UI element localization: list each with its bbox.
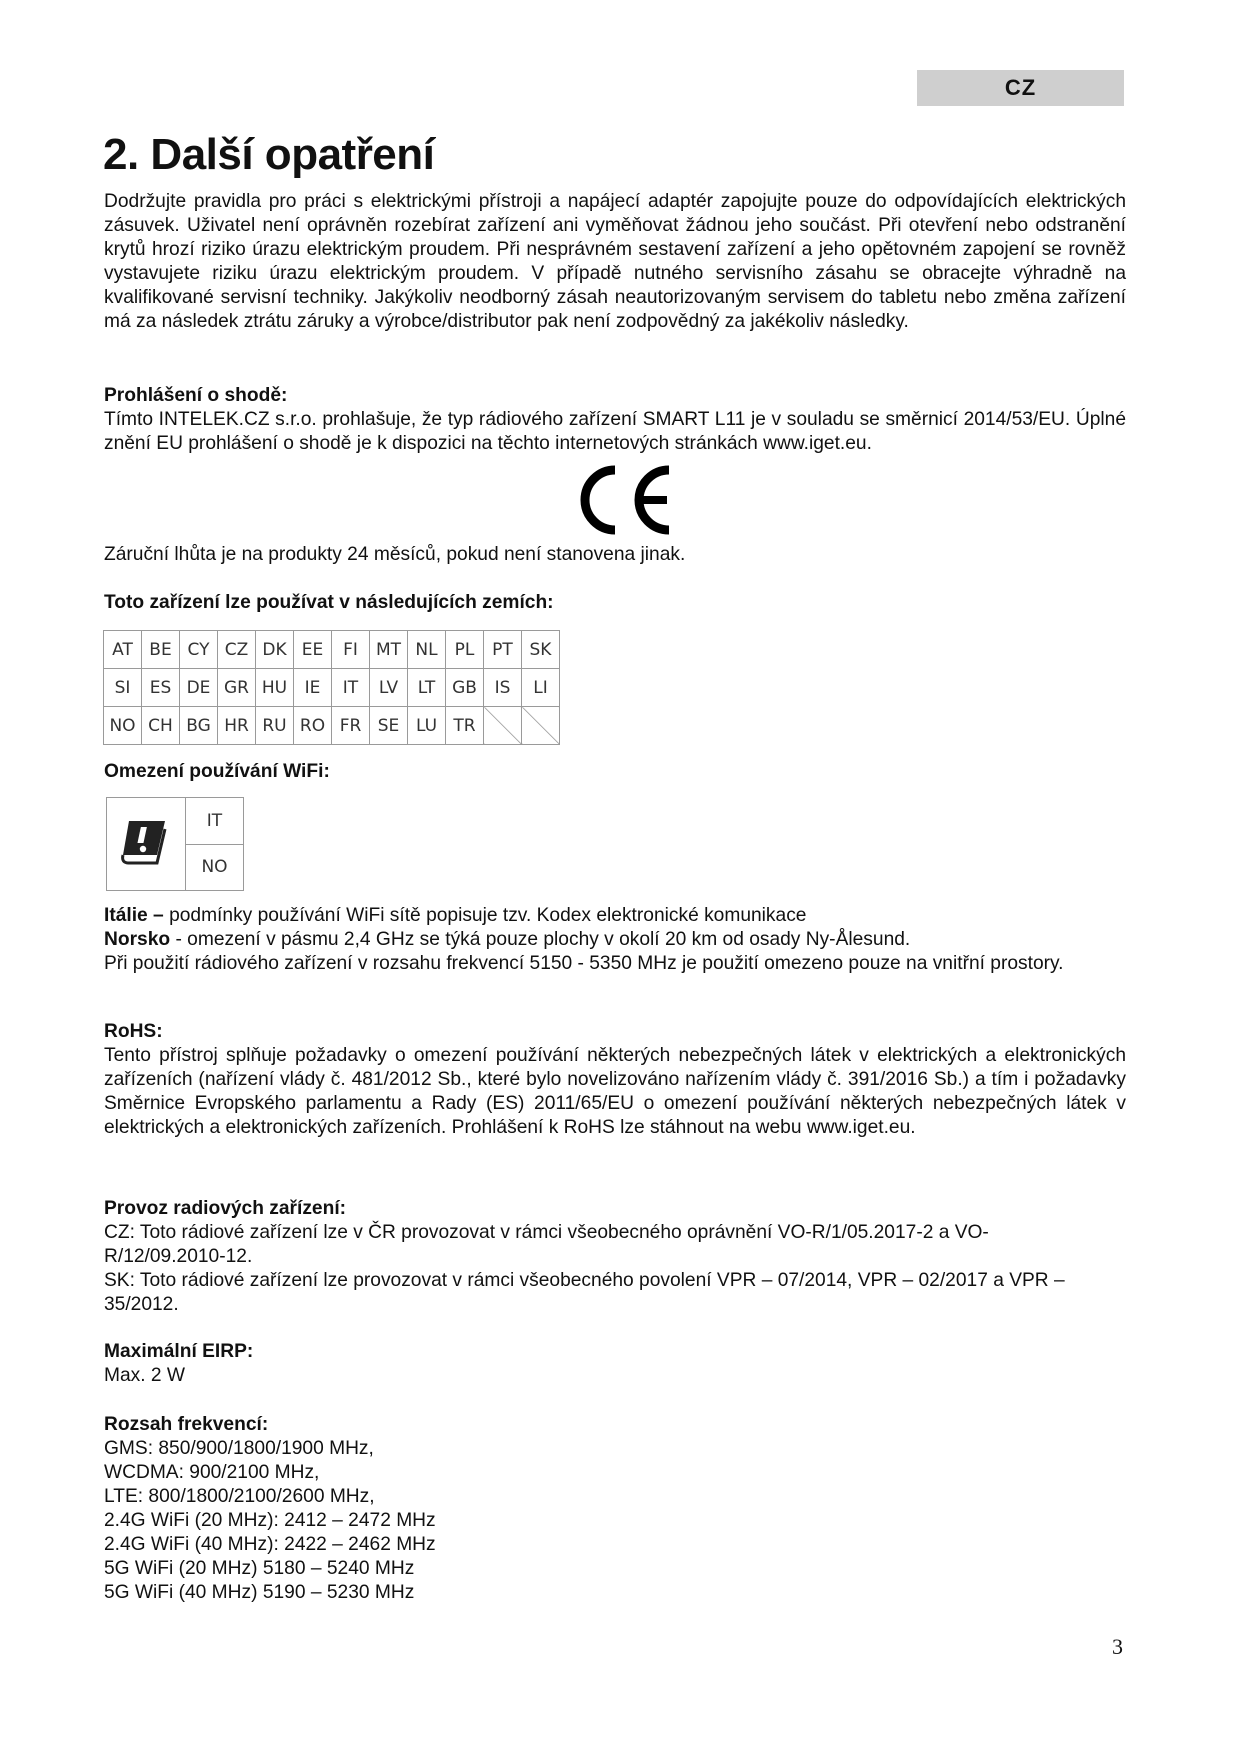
country-cell: PT bbox=[484, 631, 522, 669]
frequency-line: WCDMA: 900/2100 MHz, bbox=[104, 1461, 1126, 1485]
country-cell: RU bbox=[256, 707, 294, 745]
warranty-text: Záruční lhůta je na produkty 24 měsíců, … bbox=[104, 543, 1126, 567]
empty-cell bbox=[522, 707, 560, 745]
ce-mark-icon bbox=[573, 462, 673, 538]
eirp-heading: Maximální EIRP: bbox=[104, 1340, 1126, 1364]
declaration-heading: Prohlášení o shodě: bbox=[104, 384, 1126, 408]
wifi-restriction-table: IT NO bbox=[106, 797, 244, 891]
italy-note: Itálie – podmínky používání WiFi sítě po… bbox=[104, 904, 1126, 928]
countries-heading: Toto zařízení lze používat v následující… bbox=[104, 591, 1126, 615]
country-cell: GB bbox=[446, 669, 484, 707]
page-title: 2. Další opatření bbox=[103, 130, 434, 180]
countries-row: SIESDEGRHUIEITLVLTGBISLI bbox=[104, 669, 560, 707]
countries-row: ATBECYCZDKEEFIMTNLPLPTSK bbox=[104, 631, 560, 669]
rohs-text: Tento přístroj splňuje požadavky o omeze… bbox=[104, 1045, 1126, 1138]
country-cell: FI bbox=[332, 631, 370, 669]
country-cell: GR bbox=[218, 669, 256, 707]
rohs-heading: RoHS: bbox=[104, 1020, 1126, 1044]
restriction-warning-icon bbox=[107, 798, 186, 891]
country-cell: BE bbox=[142, 631, 180, 669]
country-cell: SE bbox=[370, 707, 408, 745]
country-cell: MT bbox=[370, 631, 408, 669]
frequency-line: 2.4G WiFi (20 MHz): 2412 – 2472 MHz bbox=[104, 1509, 1126, 1533]
frequency-line: 5G WiFi (40 MHz) 5190 – 5230 MHz bbox=[104, 1581, 1126, 1605]
country-cell: CY bbox=[180, 631, 218, 669]
norway-note: Norsko - omezení v pásmu 2,4 GHz se týká… bbox=[104, 928, 1126, 952]
wifi-restriction-notes: Itálie – podmínky používání WiFi sítě po… bbox=[104, 904, 1126, 976]
country-cell: TR bbox=[446, 707, 484, 745]
country-cell: PL bbox=[446, 631, 484, 669]
country-cell: HU bbox=[256, 669, 294, 707]
frequency-line: 2.4G WiFi (40 MHz): 2422 – 2462 MHz bbox=[104, 1533, 1126, 1557]
country-cell: RO bbox=[294, 707, 332, 745]
frequencies-list: GMS: 850/900/1800/1900 MHz,WCDMA: 900/21… bbox=[104, 1437, 1126, 1605]
country-cell: FR bbox=[332, 707, 370, 745]
page-number: 3 bbox=[1112, 1634, 1123, 1660]
country-cell: SK bbox=[522, 631, 560, 669]
country-cell: LI bbox=[522, 669, 560, 707]
country-cell: IE bbox=[294, 669, 332, 707]
country-cell: LT bbox=[408, 669, 446, 707]
radio-operation-heading: Provoz radiových zařízení: bbox=[104, 1197, 1094, 1221]
country-cell: DE bbox=[180, 669, 218, 707]
intro-paragraph: Dodržujte pravidla pro práci s elektrick… bbox=[104, 190, 1126, 334]
frequency-line: GMS: 850/900/1800/1900 MHz, bbox=[104, 1437, 1126, 1461]
country-cell: LV bbox=[370, 669, 408, 707]
country-cell: SI bbox=[104, 669, 142, 707]
restriction-code-no: NO bbox=[186, 844, 244, 891]
countries-table: ATBECYCZDKEEFIMTNLPLPTSKSIESDEGRHUIEITLV… bbox=[103, 630, 560, 745]
declaration-text: Tímto INTELEK.CZ s.r.o. prohlašuje, že t… bbox=[104, 409, 1126, 454]
empty-cell bbox=[484, 707, 522, 745]
frequency-line: LTE: 800/1800/2100/2600 MHz, bbox=[104, 1485, 1126, 1509]
language-badge: CZ bbox=[917, 70, 1124, 106]
frequencies-heading: Rozsah frekvencí: bbox=[104, 1413, 1126, 1437]
radio-operation-cz: CZ: Toto rádiové zařízení lze v ČR provo… bbox=[104, 1221, 1094, 1269]
frequency-line: 5G WiFi (20 MHz) 5180 – 5240 MHz bbox=[104, 1557, 1126, 1581]
country-cell: BG bbox=[180, 707, 218, 745]
country-cell: IS bbox=[484, 669, 522, 707]
country-cell: NO bbox=[104, 707, 142, 745]
country-cell: ES bbox=[142, 669, 180, 707]
indoor-note: Při použití rádiového zařízení v rozsahu… bbox=[104, 952, 1126, 976]
declaration-section: Prohlášení o shodě: Tímto INTELEK.CZ s.r… bbox=[104, 384, 1126, 456]
eirp-section: Maximální EIRP: Max. 2 W bbox=[104, 1340, 1126, 1388]
country-cell: HR bbox=[218, 707, 256, 745]
country-cell: AT bbox=[104, 631, 142, 669]
radio-operation-section: Provoz radiových zařízení: CZ: Toto rádi… bbox=[104, 1197, 1094, 1317]
country-cell: CZ bbox=[218, 631, 256, 669]
frequencies-section: Rozsah frekvencí: GMS: 850/900/1800/1900… bbox=[104, 1413, 1126, 1605]
countries-row: NOCHBGHRRUROFRSELUTR bbox=[104, 707, 560, 745]
eirp-value: Max. 2 W bbox=[104, 1364, 1126, 1388]
rohs-section: RoHS: Tento přístroj splňuje požadavky o… bbox=[104, 1020, 1126, 1140]
country-cell: LU bbox=[408, 707, 446, 745]
country-cell: NL bbox=[408, 631, 446, 669]
country-cell: IT bbox=[332, 669, 370, 707]
country-cell: EE bbox=[294, 631, 332, 669]
country-cell: DK bbox=[256, 631, 294, 669]
country-cell: CH bbox=[142, 707, 180, 745]
radio-operation-sk: SK: Toto rádiové zařízení lze provozovat… bbox=[104, 1269, 1094, 1317]
wifi-restriction-heading: Omezení používání WiFi: bbox=[104, 760, 1126, 784]
restriction-code-it: IT bbox=[186, 798, 244, 845]
